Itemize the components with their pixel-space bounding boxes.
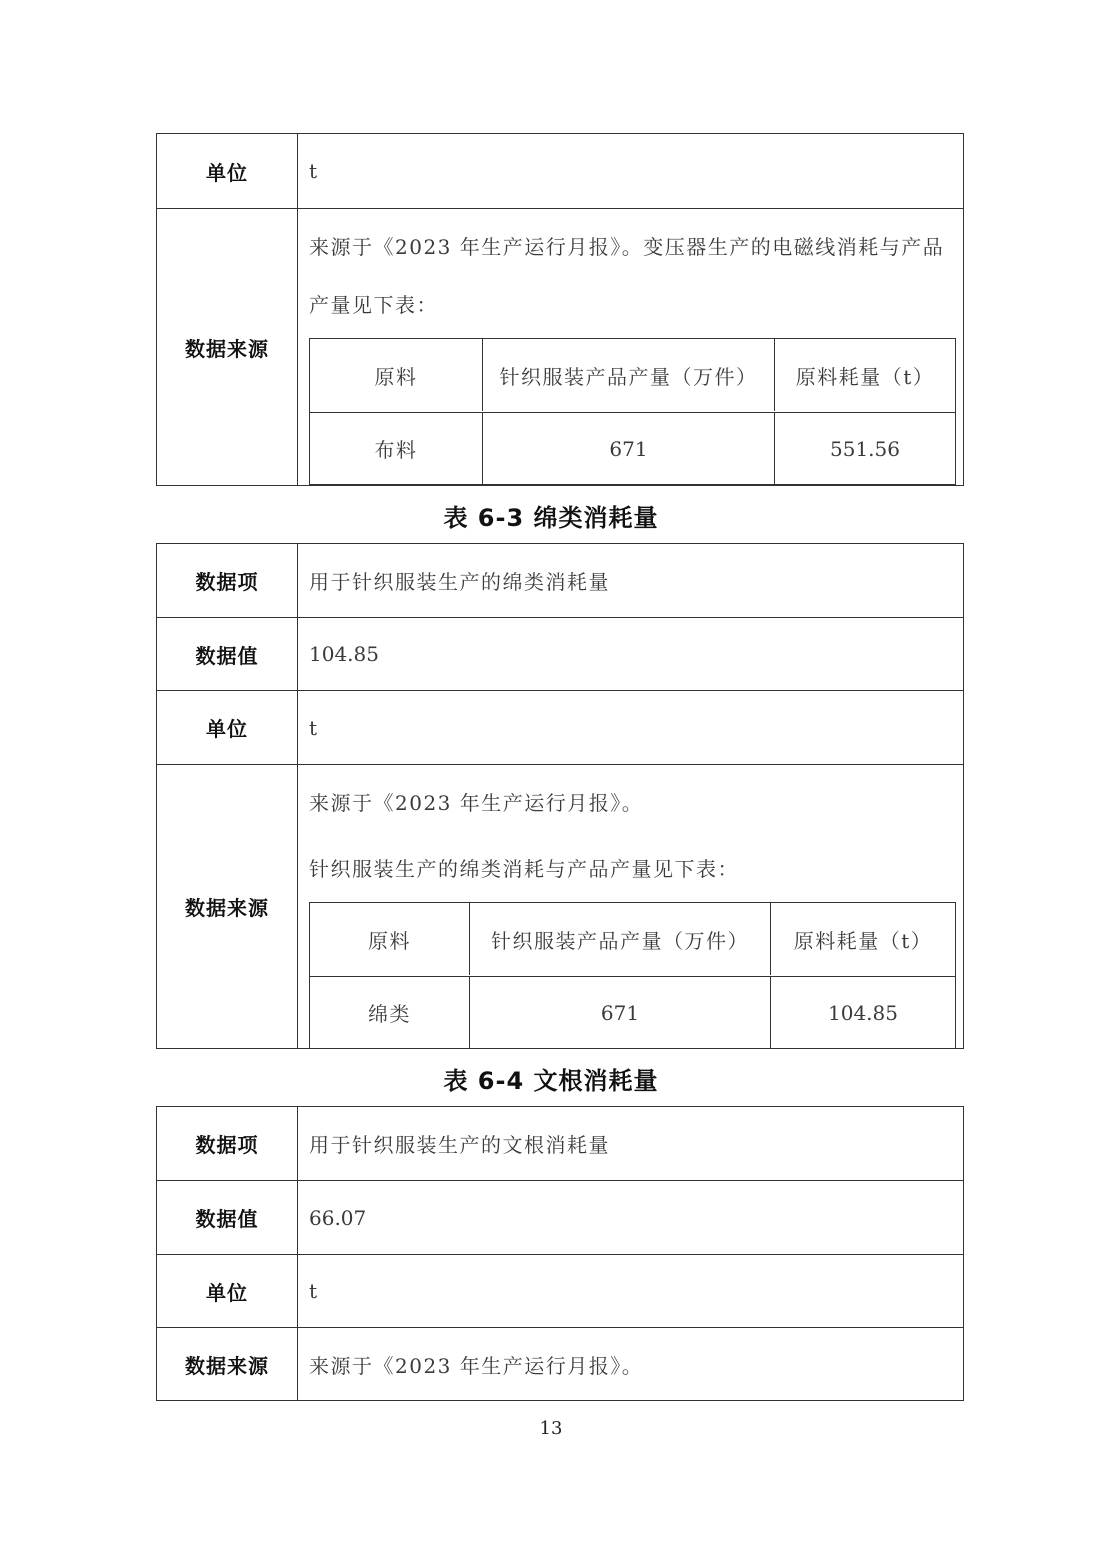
row-label: 单位 <box>157 1255 298 1327</box>
table-6-3: 数据项 用于针织服装生产的绵类消耗量 数据值 104.85 单位 t 数据来源 … <box>156 543 964 1049</box>
source-line-2: 产量见下表： <box>309 289 438 318</box>
header-cell: 原料耗量（t） <box>770 903 955 975</box>
header-cell: 针织服装产品产量（万件） <box>469 903 770 975</box>
cell-output: 671 <box>469 977 770 1048</box>
row-value: 来源于《2023 年生产运行月报》。 <box>299 1328 963 1400</box>
inner-table: 原料 针织服装产品产量（万件） 原料耗量（t） 绵类 671 104.85 <box>309 902 956 1049</box>
table-row-unit: 单位 t <box>157 1254 963 1327</box>
inner-table-row: 布料 671 551.56 <box>310 412 955 484</box>
row-label: 数据来源 <box>157 765 298 1048</box>
source-line-1: 来源于《2023 年生产运行月报》。变压器生产的电磁线消耗与产品 <box>309 231 944 260</box>
table-row-source: 数据来源 来源于《2023 年生产运行月报》。 <box>157 1327 963 1400</box>
inner-table-header: 原料 针织服装产品产量（万件） 原料耗量（t） <box>310 903 955 975</box>
row-value: 用于针织服装生产的文根消耗量 <box>299 1107 963 1180</box>
source-line-1: 来源于《2023 年生产运行月报》。 <box>309 787 643 816</box>
table-caption-6-4: 表 6-4 文根消耗量 <box>0 1061 1102 1096</box>
cell-consumption: 104.85 <box>770 977 955 1048</box>
table-row-value: 数据值 66.07 <box>157 1180 963 1254</box>
table-row-value: 数据值 104.85 <box>157 617 963 690</box>
table-caption-6-3: 表 6-3 绵类消耗量 <box>0 498 1102 533</box>
row-value: 来源于《2023 年生产运行月报》。变压器生产的电磁线消耗与产品 产量见下表： … <box>299 209 963 486</box>
cell-material: 绵类 <box>310 977 469 1048</box>
cell-output: 671 <box>482 413 774 484</box>
row-label: 数据来源 <box>157 1328 298 1400</box>
table-6-4: 数据项 用于针织服装生产的文根消耗量 数据值 66.07 单位 t 数据来源 来… <box>156 1106 964 1401</box>
table-row-source: 数据来源 来源于《2023 年生产运行月报》。 针织服装生产的绵类消耗与产品产量… <box>157 764 963 1048</box>
row-value: 66.07 <box>299 1181 963 1254</box>
row-label: 数据值 <box>157 1181 298 1254</box>
row-value: t <box>299 1255 963 1327</box>
header-cell: 针织服装产品产量（万件） <box>482 339 774 411</box>
row-value: 104.85 <box>299 618 963 690</box>
cell-consumption: 551.56 <box>774 413 955 484</box>
row-value: 用于针织服装生产的绵类消耗量 <box>299 544 963 617</box>
inner-table-row: 绵类 671 104.85 <box>310 976 955 1048</box>
row-label: 数据值 <box>157 618 298 690</box>
header-cell: 原料耗量（t） <box>774 339 955 411</box>
table-continued: 单位 t 数据来源 来源于《2023 年生产运行月报》。变压器生产的电磁线消耗与… <box>156 133 964 486</box>
header-cell: 原料 <box>310 339 482 411</box>
table-row-source: 数据来源 来源于《2023 年生产运行月报》。变压器生产的电磁线消耗与产品 产量… <box>157 208 963 486</box>
header-cell: 原料 <box>310 903 469 975</box>
row-label: 单位 <box>157 134 298 208</box>
inner-table: 原料 针织服装产品产量（万件） 原料耗量（t） 布料 671 551.56 <box>309 338 956 485</box>
source-line-2: 针织服装生产的绵类消耗与产品产量见下表： <box>309 853 739 882</box>
table-row-item: 数据项 用于针织服装生产的绵类消耗量 <box>157 544 963 617</box>
table-row-unit: 单位 t <box>157 134 963 208</box>
row-value: 来源于《2023 年生产运行月报》。 针织服装生产的绵类消耗与产品产量见下表： … <box>299 765 963 1048</box>
table-row-unit: 单位 t <box>157 690 963 764</box>
page-number: 13 <box>0 1418 1102 1439</box>
row-value: t <box>299 691 963 764</box>
row-label: 单位 <box>157 691 298 764</box>
table-row-item: 数据项 用于针织服装生产的文根消耗量 <box>157 1107 963 1180</box>
row-value: t <box>299 134 963 208</box>
inner-table-header: 原料 针织服装产品产量（万件） 原料耗量（t） <box>310 339 955 411</box>
row-label: 数据项 <box>157 544 298 617</box>
row-label: 数据来源 <box>157 209 298 486</box>
cell-material: 布料 <box>310 413 482 484</box>
row-label: 数据项 <box>157 1107 298 1180</box>
